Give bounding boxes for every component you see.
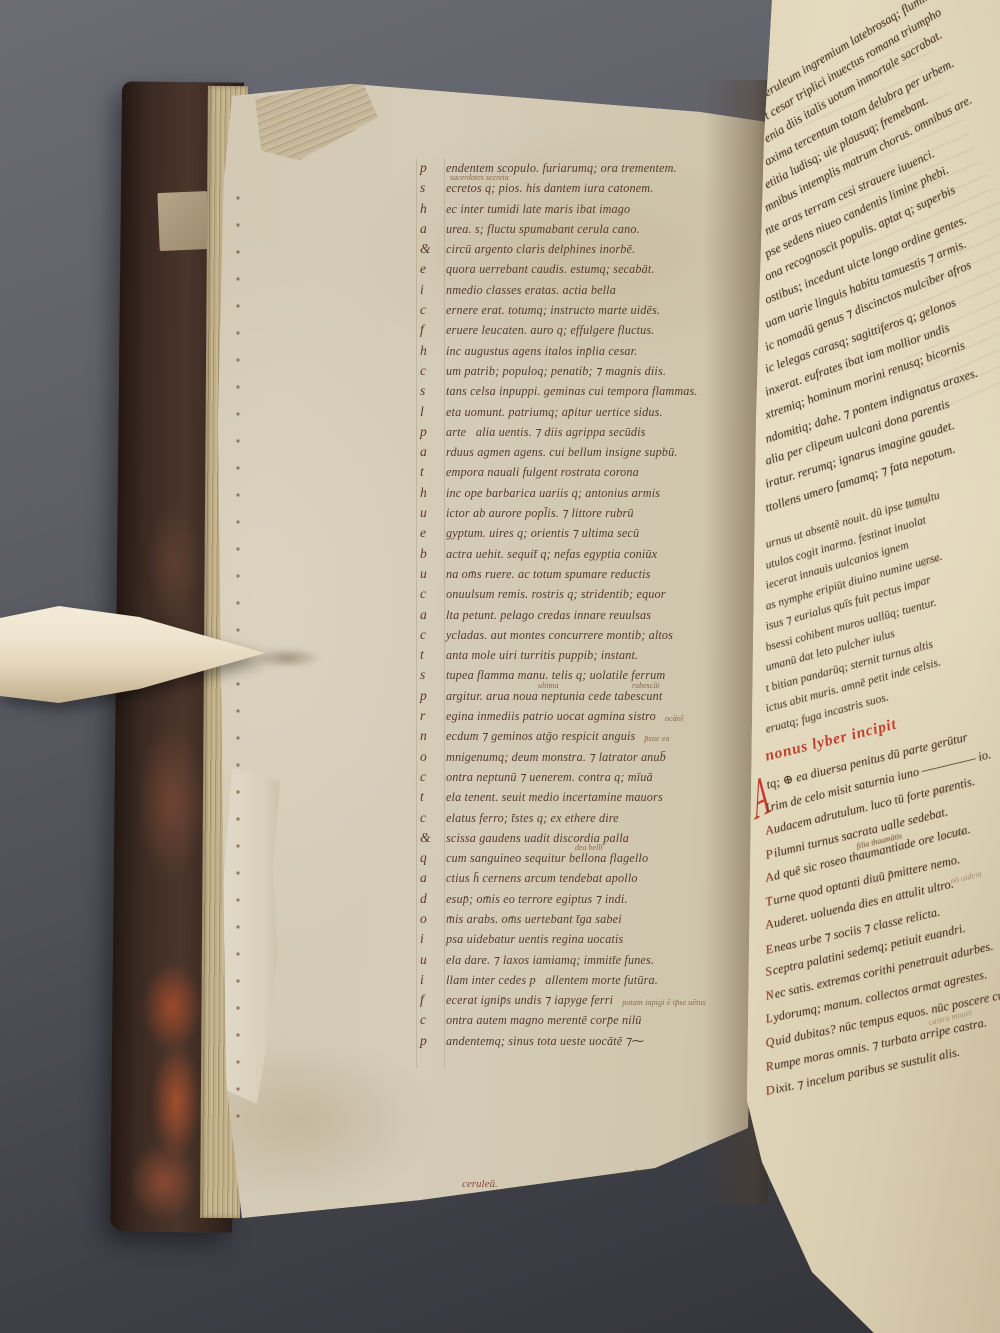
verse-text: urea. s; fluctu spumabant cerula cano. xyxy=(446,222,640,237)
verse-text: ela dare. ⁊ laxos iamiamq; immitt̄e fune… xyxy=(446,953,654,968)
verse-text: lta petunt. pelago credas innare reuulsa… xyxy=(446,608,651,623)
verse-initial: h xyxy=(420,485,446,501)
verse-line: l eta uomunt. patriumq; ap̄itur uertice … xyxy=(420,404,707,424)
verse-initial: h xyxy=(420,343,446,359)
book9-argument-text: urnus ut absentē nouit. dū ipse tumultuu… xyxy=(766,537,1000,742)
verse-text: ernere erat. totumq; instructo marte uid… xyxy=(446,303,660,318)
verse-line: r egina inmediis patrio uocat agmina sis… xyxy=(420,708,707,728)
book8-ending-text: eruleum ingremium latebrosaq; flumina ui… xyxy=(766,86,1000,523)
verse-initial: c xyxy=(420,363,446,379)
verse-initial: a xyxy=(420,607,446,623)
verse-text: ontra autem magno merentē corp̄e nilū xyxy=(446,1013,642,1028)
verse-initial: u xyxy=(420,952,446,968)
verse-text: cum sanguineo sequitur bellona flagello xyxy=(446,851,648,866)
verse-text: eruere leucaten. auro q; effulgere fluct… xyxy=(446,323,655,338)
verse-text: quora uerrebant caudis. estumq; secabāt. xyxy=(446,262,655,277)
verse-line: h inc augustus agens italos inp̄lia cesa… xyxy=(420,343,707,363)
verse-text: inc augustus agens italos inp̄lia cesar. xyxy=(446,344,637,359)
verse-text: empora nauali fulgent rostrata corona xyxy=(446,465,639,480)
verse-line: i nmedio classes eratas. actia bella xyxy=(420,282,707,302)
verse-initial: e xyxy=(420,261,446,277)
verse-text: mnigenumq; deum monstra. ⁊ latrator anub… xyxy=(446,750,666,765)
verse-line: o m̄is arabs. om̄s uertebant t̄ga sabei xyxy=(420,911,707,931)
ruling-line xyxy=(416,158,417,1068)
verse-initial: b xyxy=(420,546,446,562)
verse-initial: & xyxy=(420,241,446,257)
verse-line: s tans celsa inpuppi. geminas cui tempor… xyxy=(420,383,707,403)
verse-line: t empora nauali fulgent rostrata corona xyxy=(420,464,707,484)
verse-text: circū argento claris delphines inorbē. xyxy=(446,242,635,257)
leather-damage-spot xyxy=(128,1142,199,1223)
verse-line: q cum sanguineo sequitur bellona flagell… xyxy=(420,850,707,870)
verse-line: c ernere erat. totumq; instructo marte u… xyxy=(420,302,707,322)
verse-line: u ela dare. ⁊ laxos iamiamq; immitt̄e fu… xyxy=(420,952,707,972)
verse-text: ec inter tumidi late maris ibat imago xyxy=(446,202,630,217)
verse-line: u ictor ab aurore popl̄is. ⁊ littore rub… xyxy=(420,505,707,525)
verse-text: ecdum ⁊ geminos atḡo respicit anguis xyxy=(446,729,635,744)
left-page-text-block: p endentem scopulo. furiarumq; ora treme… xyxy=(420,160,707,1053)
verse-initial: u xyxy=(420,566,446,582)
verse-line: a urea. s; fluctu spumabant cerula cano. xyxy=(420,221,707,241)
verse-line: c ycladas. aut montes concurrere montib;… xyxy=(420,627,707,647)
verse-text: ecretos q; pios. his dantem iura catonem… xyxy=(446,181,653,196)
verse-initial: h xyxy=(420,201,446,217)
verse-line: n ecdum ⁊ geminos atḡo respicit anguis p… xyxy=(420,728,707,748)
verse-line: p argitur. arua noua neptunia cede tabes… xyxy=(420,688,707,708)
verse-initial: c xyxy=(420,302,446,318)
verse-text: um patrib; populoq; penatib; ⁊ magnis di… xyxy=(446,364,666,379)
verse-line: u na om̄s ruere. ac totum spumare reduct… xyxy=(420,566,707,586)
verse-initial: q xyxy=(420,850,446,866)
parchment-repair-strip xyxy=(222,768,280,1104)
verse-line: t ela tenent. seuit medio incertamine ma… xyxy=(420,789,707,809)
interlinear-gloss: dea belli xyxy=(575,843,603,852)
verse-initial: p xyxy=(420,1033,446,1049)
verse-line: c ontra neptunū ⁊ uenerem. contra q; mīu… xyxy=(420,769,707,789)
verse-line: a rduus agmen agens. cui bellum insigne … xyxy=(420,444,707,464)
verse-line: b actra uehit. sequit̄ q; nefas egyptia … xyxy=(420,546,707,566)
verse-initial: s xyxy=(420,180,446,196)
verse-text: rduus agmen agens. cui bellum insigne su… xyxy=(446,445,678,460)
catchword: ceruleū. xyxy=(462,1178,498,1190)
verse-text: psa uidebatur uentis regina uocatis xyxy=(446,932,623,947)
verse-text: gyptum. uires q; orientis ⁊ ultima secū xyxy=(446,526,639,541)
verse-text: ycladas. aut montes concurrere montib; a… xyxy=(446,628,673,643)
verse-line: & circū argento claris delphines inorbē. xyxy=(420,241,707,261)
verse-line: p andentemq; sinus tota ueste uocātē ⁊⁓ xyxy=(420,1033,707,1053)
verse-line: s ecretos q; pios. his dantem iura caton… xyxy=(420,180,707,200)
verse-initial: s xyxy=(420,383,446,399)
verse-initial: d xyxy=(420,891,446,907)
verse-text: esup̄; om̄is eo terrore egiptus ⁊ indi. xyxy=(446,892,628,907)
verse-line: c ontra autem magno merentē corp̄e nilū xyxy=(420,1012,707,1032)
verse-line: i psa uidebatur uentis regina uocatis xyxy=(420,931,707,951)
verse-initial: p xyxy=(420,160,446,176)
verse-initial: c xyxy=(420,769,446,785)
verse-line: f ecerat ignip̄s undis ⁊ iapyge ferri po… xyxy=(420,992,707,1012)
verse-text: inc ope barbarica uariis q; antonius arm… xyxy=(446,486,660,501)
interlinear-gloss: rubescūt xyxy=(632,681,660,690)
verse-line: h ec inter tumidi late maris ibat imago xyxy=(420,201,707,221)
verse-initial: c xyxy=(420,1012,446,1028)
verse-text: eta uomunt. patriumq; ap̄itur uertice si… xyxy=(446,405,663,420)
verse-line: e quora uerrebant caudis. estumq; secabā… xyxy=(420,261,707,281)
verse-line: d esup̄; om̄is eo terrore egiptus ⁊ indi… xyxy=(420,891,707,911)
verse-text: ecerat ignip̄s undis ⁊ iapyge ferri xyxy=(446,993,613,1008)
verse-text: ela tenent. seuit medio incertamine mauo… xyxy=(446,790,663,805)
verse-text: onuulsum remis. rostris q; stridentib; e… xyxy=(446,587,666,602)
verse-text: elatus ferro; t̄stes q; ex ethere dire xyxy=(446,811,619,826)
verse-initial: i xyxy=(420,282,446,298)
verse-initial: & xyxy=(420,830,446,846)
verse-initial: c xyxy=(420,627,446,643)
verse-text: m̄is arabs. om̄s uertebant t̄ga sabei xyxy=(446,912,622,927)
verse-text: arte alia uentis. ⁊ diis agrippa secūdis xyxy=(446,425,646,440)
verse-initial: u xyxy=(420,505,446,521)
verse-line: Dixit. ⁊ incelum paribus se sustulit ali… xyxy=(766,1083,1000,1107)
leather-damage-spot xyxy=(142,962,203,1053)
verse-initial: e xyxy=(420,525,446,541)
verse-initial: l xyxy=(420,404,446,420)
verse-initial: c xyxy=(420,586,446,602)
verse-text: egina inmediis patrio uocat agmina sistr… xyxy=(446,709,656,724)
verse-line: & scissa gaudens uadit discordia palla xyxy=(420,830,707,850)
verse-text: anta mole uiri turritis puppib; instant. xyxy=(446,648,638,663)
verse-line: s tupea flamma manu. telis q; uolatile f… xyxy=(420,667,707,687)
verse-initial: n xyxy=(420,728,446,744)
verse-line: a ctius h̄ cernens arcum tendebat apollo xyxy=(420,870,707,890)
verse-initial: t xyxy=(420,647,446,663)
verse-initial: f xyxy=(420,322,446,338)
verse-initial: o xyxy=(420,911,446,927)
right-page-text-block: eruleum ingremium latebrosaq; flumina ui… xyxy=(766,86,1000,1106)
verse-line: o mnigenumq; deum monstra. ⁊ latrator an… xyxy=(420,749,707,769)
verse-line: h inc ope barbarica uariis q; antonius a… xyxy=(420,485,707,505)
manuscript-photo: p endentem scopulo. furiarumq; ora treme… xyxy=(0,0,1000,1333)
verse-initial: t xyxy=(420,789,446,805)
verse-initial: i xyxy=(420,972,446,988)
verse-line: f eruere leucaten. auro q; effulgere flu… xyxy=(420,322,707,342)
leather-wear-spot xyxy=(136,722,208,883)
verse-line: a lta petunt. pelago credas innare reuul… xyxy=(420,607,707,627)
verse-text: tans celsa inpuppi. geminas cui tempora … xyxy=(446,384,698,399)
verse-initial: t xyxy=(420,464,446,480)
verse-text: ontra neptunū ⁊ uenerem. contra q; mīuā xyxy=(446,770,653,785)
verse-initial: i xyxy=(420,931,446,947)
verse-text: ctius h̄ cernens arcum tendebat apollo xyxy=(446,871,638,886)
verse-line: p arte alia uentis. ⁊ diis agrippa secūd… xyxy=(420,424,707,444)
verse-initial: a xyxy=(420,444,446,460)
verse-line: e gyptum. uires q; orientis ⁊ ultima sec… xyxy=(420,525,707,545)
verse-line: i llam inter cedes p allentem morte futū… xyxy=(420,972,707,992)
verse-initial: s xyxy=(420,667,446,683)
verse-initial: o xyxy=(420,749,446,765)
verse-line: t anta mole uiri turritis puppib; instan… xyxy=(420,647,707,667)
verse-initial: c xyxy=(420,810,446,826)
verse-text: llam inter cedes p allentem morte futūra… xyxy=(446,973,658,988)
bone-pointer-body xyxy=(0,604,268,704)
verse-line: c um patrib; populoq; penatib; ⁊ magnis … xyxy=(420,363,707,383)
verse-initial: p xyxy=(420,424,446,440)
verse-text: na om̄s ruere. ac totum spumare reductis xyxy=(446,567,651,582)
verse-line: c onuulsum remis. rostris q; stridentib;… xyxy=(420,586,707,606)
verse-text: andentemq; sinus tota ueste uocātē ⁊⁓ xyxy=(446,1034,644,1049)
verse-initial: f xyxy=(420,992,446,1008)
verse-initial: r xyxy=(420,708,446,724)
spine-label xyxy=(157,191,209,251)
verse-initial: a xyxy=(420,870,446,886)
margin-gloss: ocānī xyxy=(665,714,684,723)
margin-gloss: potam iapigi ē ip̄se uētus xyxy=(622,998,706,1007)
bone-pointer xyxy=(0,604,268,704)
verse-text: actra uehit. sequit̄ q; nefas egyptia co… xyxy=(446,547,657,562)
verse-line: c elatus ferro; t̄stes q; ex ethere dire xyxy=(420,810,707,830)
verse-text: nmedio classes eratas. actia bella xyxy=(446,283,616,298)
verse-text: ictor ab aurore popl̄is. ⁊ littore rubrū xyxy=(446,506,634,521)
verse-initial: a xyxy=(420,221,446,237)
interlinear-gloss: ultima xyxy=(538,681,558,690)
verse-initial: p xyxy=(420,688,446,704)
interlinear-gloss: sacerdotes secreta xyxy=(450,173,509,182)
margin-gloss: p̄sue ea xyxy=(644,734,669,743)
verse-text: argitur. arua noua neptunia cede tabescu… xyxy=(446,689,662,704)
